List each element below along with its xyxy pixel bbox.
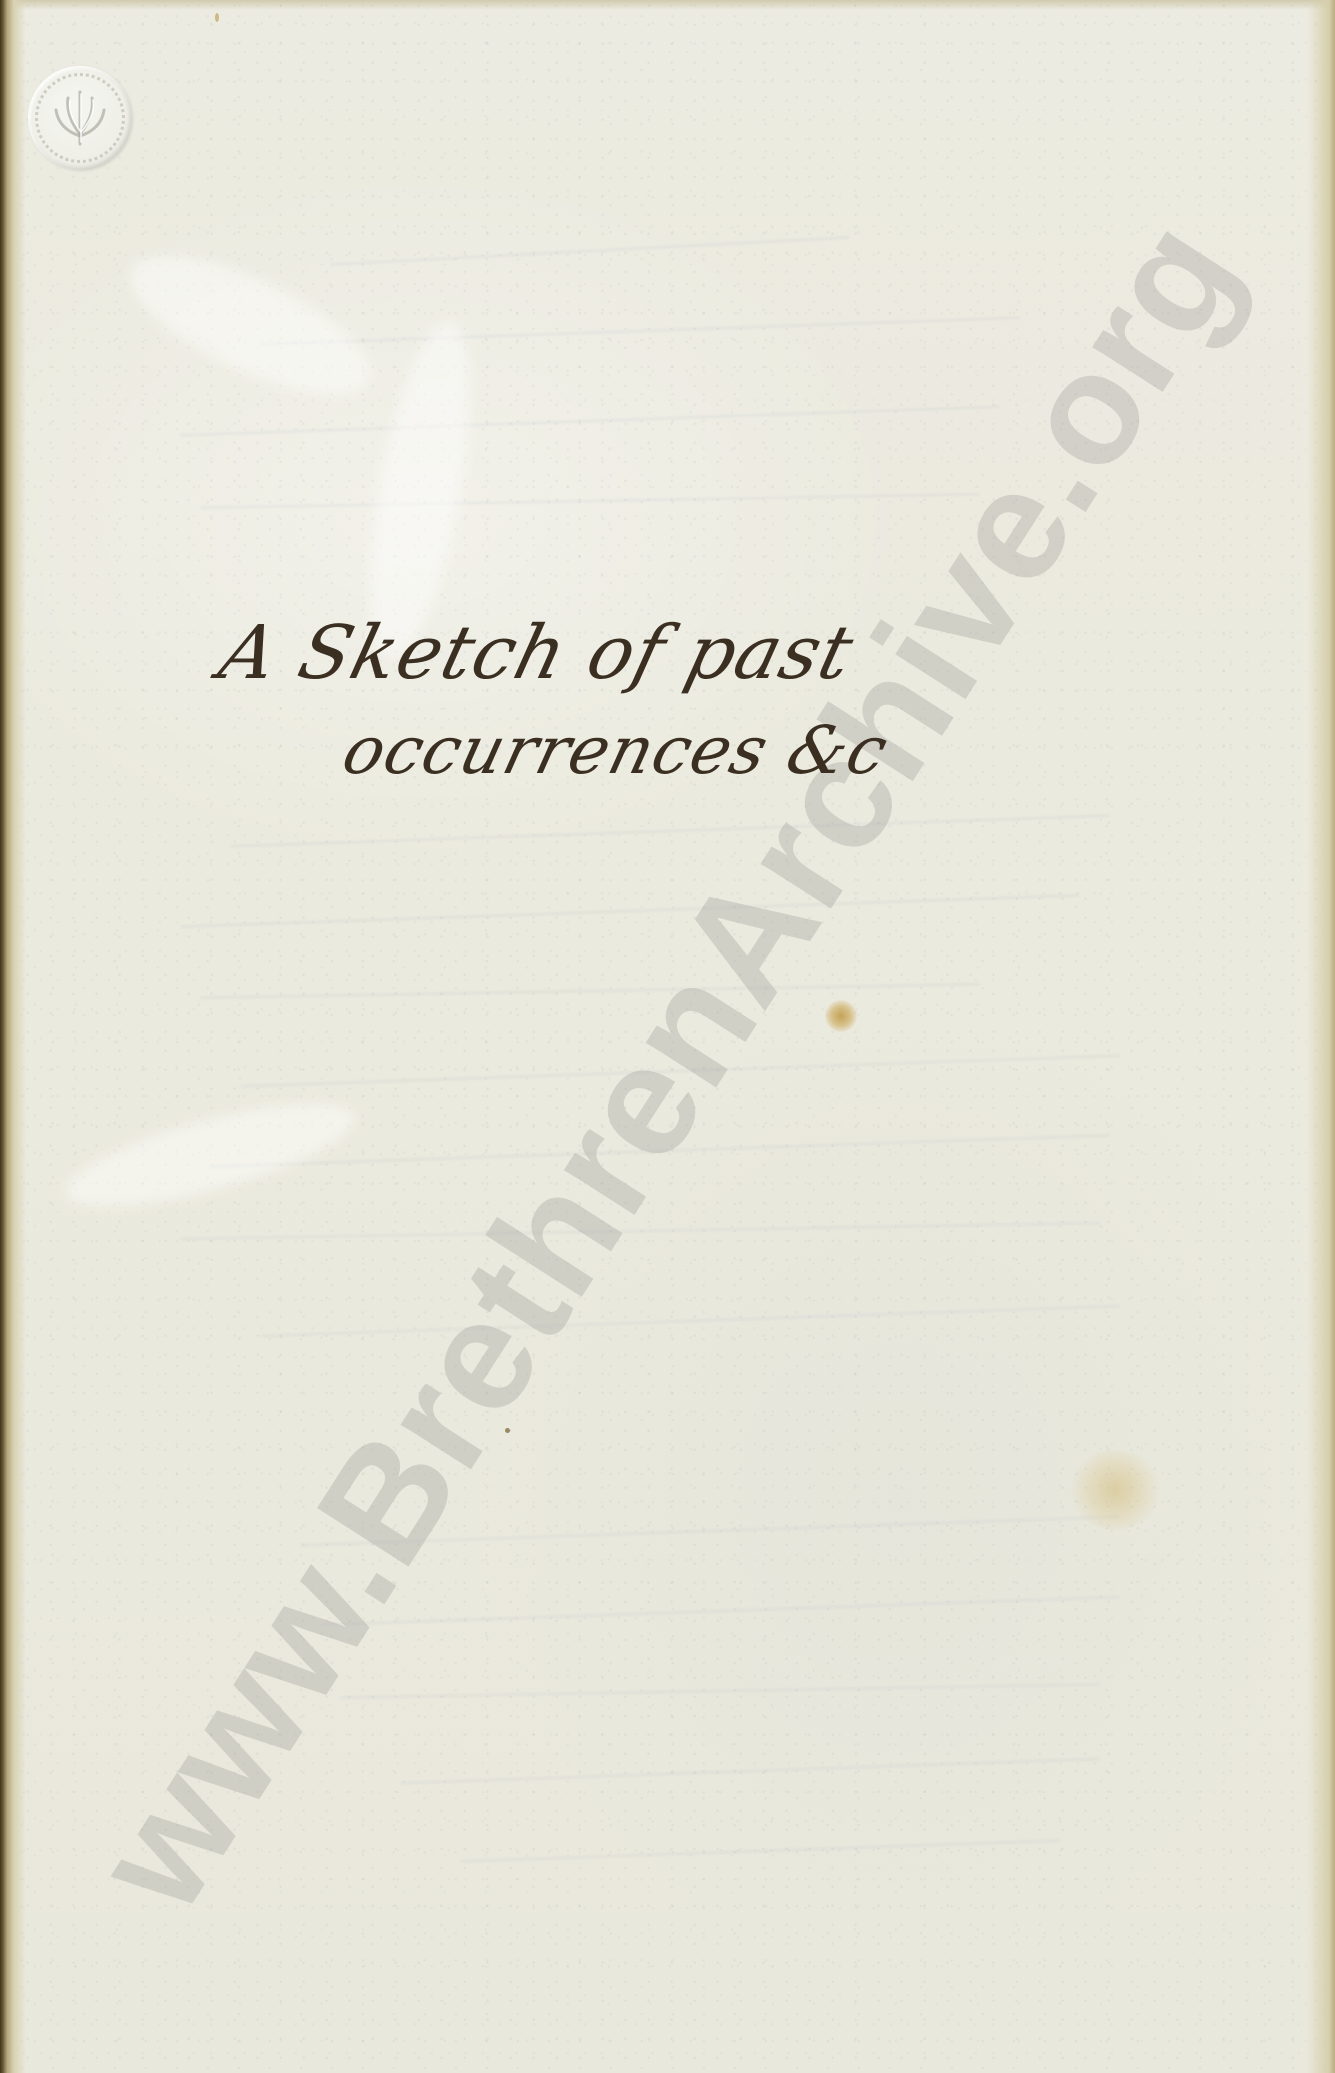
foxing-speck (505, 1428, 510, 1433)
foxing-speck (215, 13, 219, 22)
embossed-seal (28, 66, 132, 170)
manuscript-page: www.BrethrenArchive.org A Sketch of past… (0, 0, 1335, 2073)
paper-crease (113, 229, 387, 420)
foxing-stain (825, 1000, 857, 1032)
watermark-text: www.BrethrenArchive.org (60, 189, 1275, 1941)
handwritten-title-line-1: A Sketch of past (211, 610, 862, 696)
fleur-de-lis-emboss-icon (50, 84, 110, 152)
right-page-edge (1307, 0, 1335, 2073)
top-page-edge (0, 0, 1335, 10)
binding-edge (0, 0, 26, 2073)
handwritten-title-line-2: occurrences &c (335, 712, 896, 789)
paper-crease (56, 1082, 364, 1227)
